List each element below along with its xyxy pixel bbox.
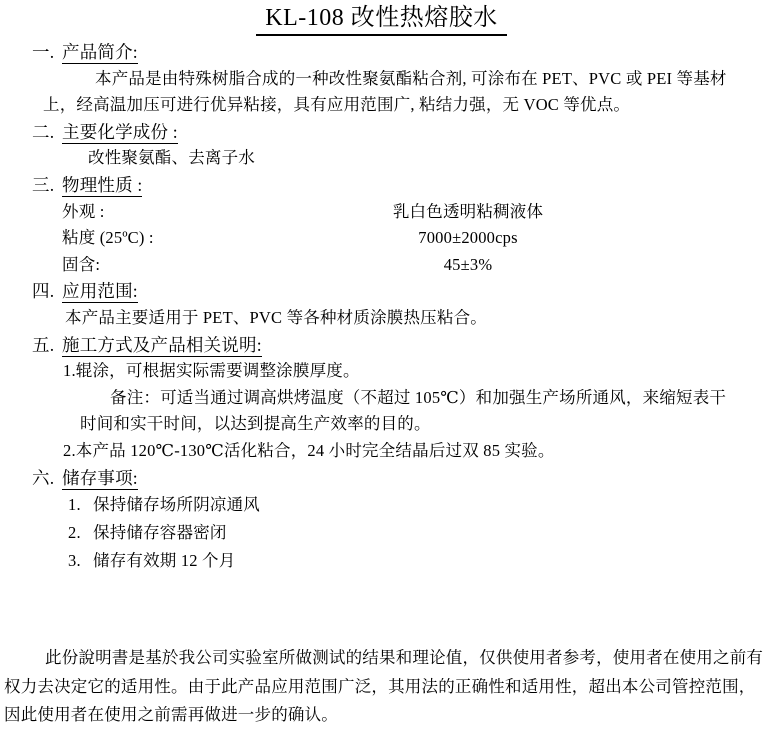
disclaimer-line-2: 权力去决定它的适用性。由于此产品应用范围广泛，其用法的正确性和适用性，超出本公司… xyxy=(0,673,763,702)
storage-item: 3.储存有效期 12 个月 xyxy=(0,547,763,575)
disclaimer-paragraph: 此份說明書是基於我公司实验室所做测试的结果和理论值，仅供使用者参考，使用者在使用… xyxy=(0,644,763,730)
section-1-paragraph-line-1: 本产品是由特殊树脂合成的一种改性聚氨酯粘合剂, 可涂布在 PET、PVC 或 P… xyxy=(0,66,763,93)
property-label: 粘度 (25ºC) : xyxy=(62,228,154,247)
section-1-paragraph-line-2: 上，经高温加压可进行优异粘接，具有应用范围广, 粘结力强，无 VOC 等优点。 xyxy=(0,92,763,119)
storage-item-text: 保持储存容器密闭 xyxy=(93,523,227,542)
storage-item-number: 1. xyxy=(68,491,93,519)
section-3-heading-row: 三.物理性质 : xyxy=(0,172,763,199)
property-value: 乳白色透明粘稠液体 xyxy=(368,199,568,226)
section-5-note-line-2: 时间和实干时间，以达到提高生产效率的目的。 xyxy=(0,411,763,438)
storage-item: 1.保持储存场所阴凉通风 xyxy=(0,491,763,519)
section-5-item-1: 1.辊涂，可根据实际需要调整涂膜厚度。 xyxy=(0,358,763,385)
section-3-heading: 物理性质 : xyxy=(62,175,142,197)
section-2-content: 改性聚氨酯、去离子水 xyxy=(0,145,763,172)
section-4-number: 四. xyxy=(32,278,62,305)
property-row-appearance: 外观 : 乳白色透明粘稠液体 xyxy=(0,199,763,226)
section-5-heading-row: 五.施工方式及产品相关说明: xyxy=(0,332,763,359)
title-row: KL-108 改性热熔胶水 xyxy=(0,0,763,36)
section-5-item-2: 2.本产品 120℃-130℃活化粘合，24 小时完全结晶后过双 85 实验。 xyxy=(0,438,763,465)
property-row-viscosity: 粘度 (25ºC) : 7000±2000cps xyxy=(0,225,763,252)
disclaimer-line-3: 因此使用者在使用之前需再做进一步的确认。 xyxy=(0,701,763,730)
storage-item: 2.保持储存容器密闭 xyxy=(0,519,763,547)
datasheet-page: KL-108 改性热熔胶水 一.产品简介: 本产品是由特殊树脂合成的一种改性聚氨… xyxy=(0,0,763,739)
document-body: 一.产品简介: 本产品是由特殊树脂合成的一种改性聚氨酯粘合剂, 可涂布在 PET… xyxy=(0,39,763,575)
section-1-number: 一. xyxy=(32,39,62,66)
storage-item-number: 3. xyxy=(68,547,93,575)
section-2-number: 二. xyxy=(32,119,62,146)
section-5-number: 五. xyxy=(32,332,62,359)
section-6-heading-row: 六.储存事项: xyxy=(0,465,763,492)
property-row-solids: 固含: 45±3% xyxy=(0,252,763,279)
storage-item-text: 储存有效期 12 个月 xyxy=(93,551,235,570)
section-2-heading: 主要化学成份 : xyxy=(62,122,178,144)
storage-item-text: 保持储存场所阴凉通风 xyxy=(93,495,260,514)
disclaimer-line-1: 此份說明書是基於我公司实验室所做测试的结果和理论值，仅供使用者参考，使用者在使用… xyxy=(0,644,763,673)
property-label: 固含: xyxy=(62,255,100,274)
storage-item-number: 2. xyxy=(68,519,93,547)
section-4-heading: 应用范围: xyxy=(62,281,138,303)
section-5-note-line-1: 备注：可适当通过调高烘烤温度（不超过 105℃）和加强生产场所通风，来缩短表干 xyxy=(0,385,763,412)
section-2-heading-row: 二.主要化学成份 : xyxy=(0,119,763,146)
section-6-number: 六. xyxy=(32,465,62,492)
section-4-content: 本产品主要适用于 PET、PVC 等各种材质涂膜热压粘合。 xyxy=(0,305,763,332)
property-label: 外观 : xyxy=(62,202,105,221)
property-value: 45±3% xyxy=(368,252,568,279)
section-1-heading: 产品简介: xyxy=(62,42,138,64)
section-4-heading-row: 四.应用范围: xyxy=(0,278,763,305)
section-1-heading-row: 一.产品简介: xyxy=(0,39,763,66)
section-3-number: 三. xyxy=(32,172,62,199)
section-6-heading: 储存事项: xyxy=(62,468,138,490)
section-5-heading: 施工方式及产品相关说明: xyxy=(62,335,262,357)
page-title: KL-108 改性热熔胶水 xyxy=(256,5,506,36)
property-value: 7000±2000cps xyxy=(368,225,568,252)
